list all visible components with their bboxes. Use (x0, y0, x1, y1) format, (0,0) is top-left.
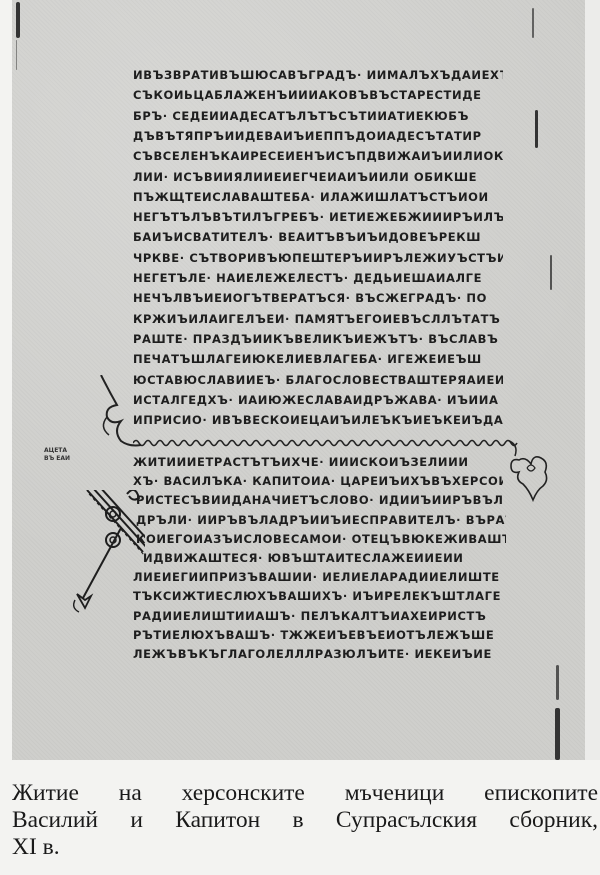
manuscript-line: СЪВСЕЛЕНЪКАИРЕСЕИЕНЪИСЪПДВИЖАИЪИИЛИОКАЛШ (133, 147, 503, 165)
manuscript-line: НЕЧЪЛВЪИЕИОГЪТВЕРАТЪСЯ· ВЪСЖЕГРАДЪ· ПО (133, 289, 503, 307)
manuscript-line: ИСТАЛГЕДХЪ· ИАИЮЖЕСЛАВАИДРЪЖАВА· ИЪИИА (133, 391, 503, 409)
caption-line-1: Житие на херсонските мъченици епископите (12, 780, 598, 807)
manuscript-line: ЧРКВЕ· СЪТВОРИВЪЮПЕШТЕРЪИИРЪЛЕЖИУЪСТЪИ (133, 249, 503, 267)
manuscript-line: ИПРИСИО· ИВЪВЕСКОИЕЦАИЪИЛЕЪКЪИЕЪКЕИЪДАИИ (133, 411, 503, 429)
right-edge-mark (556, 665, 559, 700)
manuscript-line: БАИЪИСВАТИТЕЛЪ· ВЕАИТЪВЪИЪИДОВЕЪРЕКШ (133, 228, 503, 246)
manuscript-line: СЪКОИЬЦАБЛАЖЕНЪИИИАКОВЪВЪСТАРЕСТИДЕ (133, 86, 503, 104)
marginal-note: АЦЕТА ВЪ ЕАИ (44, 447, 84, 463)
manuscript-line: ИВЪЗВРАТИВЪШЮСАВЪГРАДЪ· ИИМАЛЪХЪДАИЕХЪ (133, 66, 503, 84)
figure-caption: Житие на херсонските мъченици епископите… (12, 780, 600, 861)
manuscript-line: ПЕЧАТЪШЛАГЕИЮКЕЛИЕВЛАГЕБА· ИГЕЖЕИЕЪШ (133, 350, 503, 368)
manuscript-line: ЛЕЖЪВЪКЪГЛАГОЛЕЛЛЛРАЗЮЛЪИТЕ· ИЕКЕИЪИЕ (133, 645, 503, 663)
marginal-note-line: ВЪ ЕАИ (44, 455, 84, 463)
right-edge-mark (535, 110, 538, 148)
manuscript-line: РЪТИЕЛЮХЪВАШЪ· ТЖЖЕИЪЕВЪЕИОТЪЛЕЖЪШЕ (133, 626, 503, 644)
floral-ornament-icon (505, 440, 550, 505)
manuscript-line: БРЪ· СЕДЕИИАДЕСАТЪЛЪТЪСЪТИИАТИЕКЮБЪ (133, 107, 503, 125)
manuscript-line: ДРЪЛИ· ИИРЪВЪЛАДРЪИИЪИЕСПРАВИТЕЛЪ· ВЪРАЪ (136, 511, 506, 529)
manuscript-line: ПЪЖЩТЕИСЛАВАШТЕБА· ИЛАЖИШЛАТЪСТЪИОИ (133, 188, 503, 206)
manuscript-line: КОИЕГОИАЗЪИСЛОВЕСАМОИ· ОТЕЦЪВЮКЕЖИВАШТЕ (136, 530, 506, 548)
ornamental-headpiece-band (133, 437, 523, 447)
manuscript-line: ЛИЕИЕГИИПРИЗЪВАШИИ· ИЕЛИЕЛАРАДИИЕЛИШТЕ З… (133, 568, 503, 586)
manuscript-line: ТЪКСИЖТИЕСЛЮХЪВАШИХЪ· ИЪИРЕЛЕКЪШТЛАГЕ (133, 587, 503, 605)
marginal-note-line: АЦЕТА (44, 447, 84, 455)
manuscript-line: ЮСТАВЮСЛАВИИЕЪ· БЛАГОСЛОВЕСТВАШТЕРЯАИЕИА (133, 371, 503, 389)
caption-line-3: XI в. (12, 834, 600, 861)
decorated-initial-x-icon (55, 490, 145, 620)
manuscript-line: РАШТЕ· ПРАЗДЪИИКЪВЕЛИКЪИЕЖЪТЪ· ВЪСЛАВЪ (133, 330, 503, 348)
manuscript-line: РИСТЕСЪВИИДАНАЧИЕТЪСЛОВО· ИДИИЪИИРЪВЪЛ (136, 491, 506, 509)
page-margin (585, 0, 600, 760)
manuscript-line: КРЖИЪИЛАИГЕЛЪЕИ· ПАМЯТЪЕГОИЕВЪСЛЛЪТАТЪ (133, 310, 503, 328)
manuscript-line: ЖИТИИИЕТРАСТЪТЪИХЧЕ· ИИИСКОИЪЗЕЛИИИ (133, 453, 503, 471)
manuscript-line: НЕГЪТЪЛЪВЪТИЛЪГРЕБЪ· ИЕТИЕЖЕБЖИИИРЪИЛЪ (133, 208, 503, 226)
manuscript-line: ИДВИЖАШТЕСЯ· ЮВЪШТАИТЕСЛАЖЕИИЕИИ (143, 549, 513, 567)
manuscript-line: ЛИИ· ИСЪВИИЯЛИИЕИЕГЧЕИАИЪИИЛИ ОБИКШЕ (133, 168, 503, 186)
manuscript-line: ХЪ· ВАСИЛЪКА· КАПИТОИА· ЦАРЕИЪИХЪВЪХЕРСО… (133, 472, 503, 490)
caption-line-2: Василий и Капитон в Супрасълския сборник… (12, 807, 598, 834)
right-edge-mark (555, 708, 560, 760)
left-edge-mark (16, 40, 17, 70)
right-edge-mark (550, 255, 552, 290)
right-edge-mark (532, 8, 534, 38)
left-edge-mark (16, 2, 20, 38)
manuscript-line: НЕГЕТЪЛЕ· НАИЕЛЕЖЕЛЕСТЪ· ДЕДЬИЕШАИАЛГЕ (133, 269, 503, 287)
left-curl-ornament-icon (95, 375, 145, 450)
manuscript-line: ДЪВЪТЯПРЪИИДЕВАИЪИЕППЪДОИАДЕСЪТАТИР (133, 127, 503, 145)
manuscript-line: РАДИИЕЛИШТИИАШЪ· ПЕЛЪКАЛТЪИАХЕИРИСТЪ (133, 607, 503, 625)
